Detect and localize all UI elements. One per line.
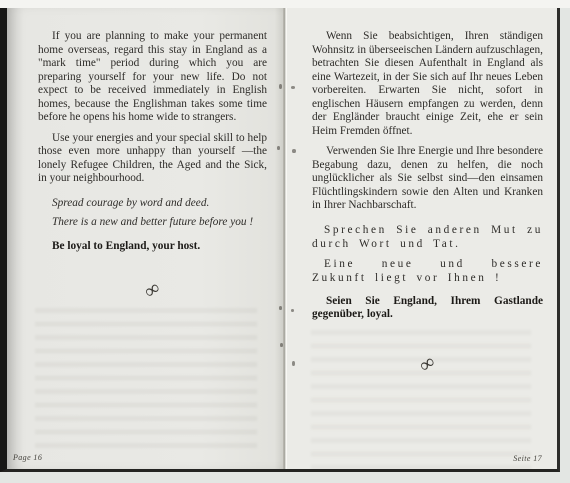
loyalty-line: Seien Sie England, Ihrem Gastlande gegen…	[312, 295, 543, 322]
motto-line-2: There is a new and better future before …	[38, 216, 267, 230]
motto-line-2: Eine neue und bessere Zukunft liegt vor …	[312, 257, 543, 285]
gutter-mark	[291, 309, 294, 312]
paragraph-german-2: Verwenden Sie Ihre Energie und Ihre beso…	[312, 145, 543, 213]
left-page-text: If you are planning to make your permane…	[38, 30, 267, 299]
gutter-mark	[280, 343, 283, 347]
page-number-right: Seite 17	[513, 454, 542, 463]
bleed-through-text	[35, 308, 257, 456]
printers-ornament-icon: ∞	[38, 281, 267, 299]
scan-edge-top	[0, 0, 570, 8]
paragraph-english-1: If you are planning to make your permane…	[38, 30, 267, 125]
motto-line-1: Sprechen Sie anderen Mut zu durch Wort u…	[312, 223, 543, 251]
paragraph-english-2: Use your energies and your special skill…	[38, 132, 267, 186]
loyalty-line: Be loyal to England, your host.	[38, 240, 267, 254]
right-page: Wenn Sie beabsichtigen, Ihren ständigen …	[287, 8, 557, 469]
page-number-left: Page 16	[13, 453, 42, 462]
paragraph-german-1: Wenn Sie beabsichtigen, Ihren ständigen …	[312, 30, 543, 138]
gutter-mark	[279, 84, 282, 89]
gutter-mark	[292, 361, 295, 366]
gutter-mark	[291, 86, 295, 89]
right-page-text: Wenn Sie beabsichtigen, Ihren ständigen …	[312, 30, 543, 373]
book-scan: If you are planning to make your permane…	[0, 0, 570, 483]
gutter-mark	[279, 306, 282, 310]
open-book-spread: If you are planning to make your permane…	[0, 8, 560, 472]
motto-line-1: Spread courage by word and deed.	[38, 197, 267, 211]
gutter-mark	[292, 149, 296, 153]
printers-ornament-icon: ∞	[312, 355, 543, 373]
gutter-mark	[277, 146, 280, 150]
left-page: If you are planning to make your permane…	[7, 8, 283, 469]
